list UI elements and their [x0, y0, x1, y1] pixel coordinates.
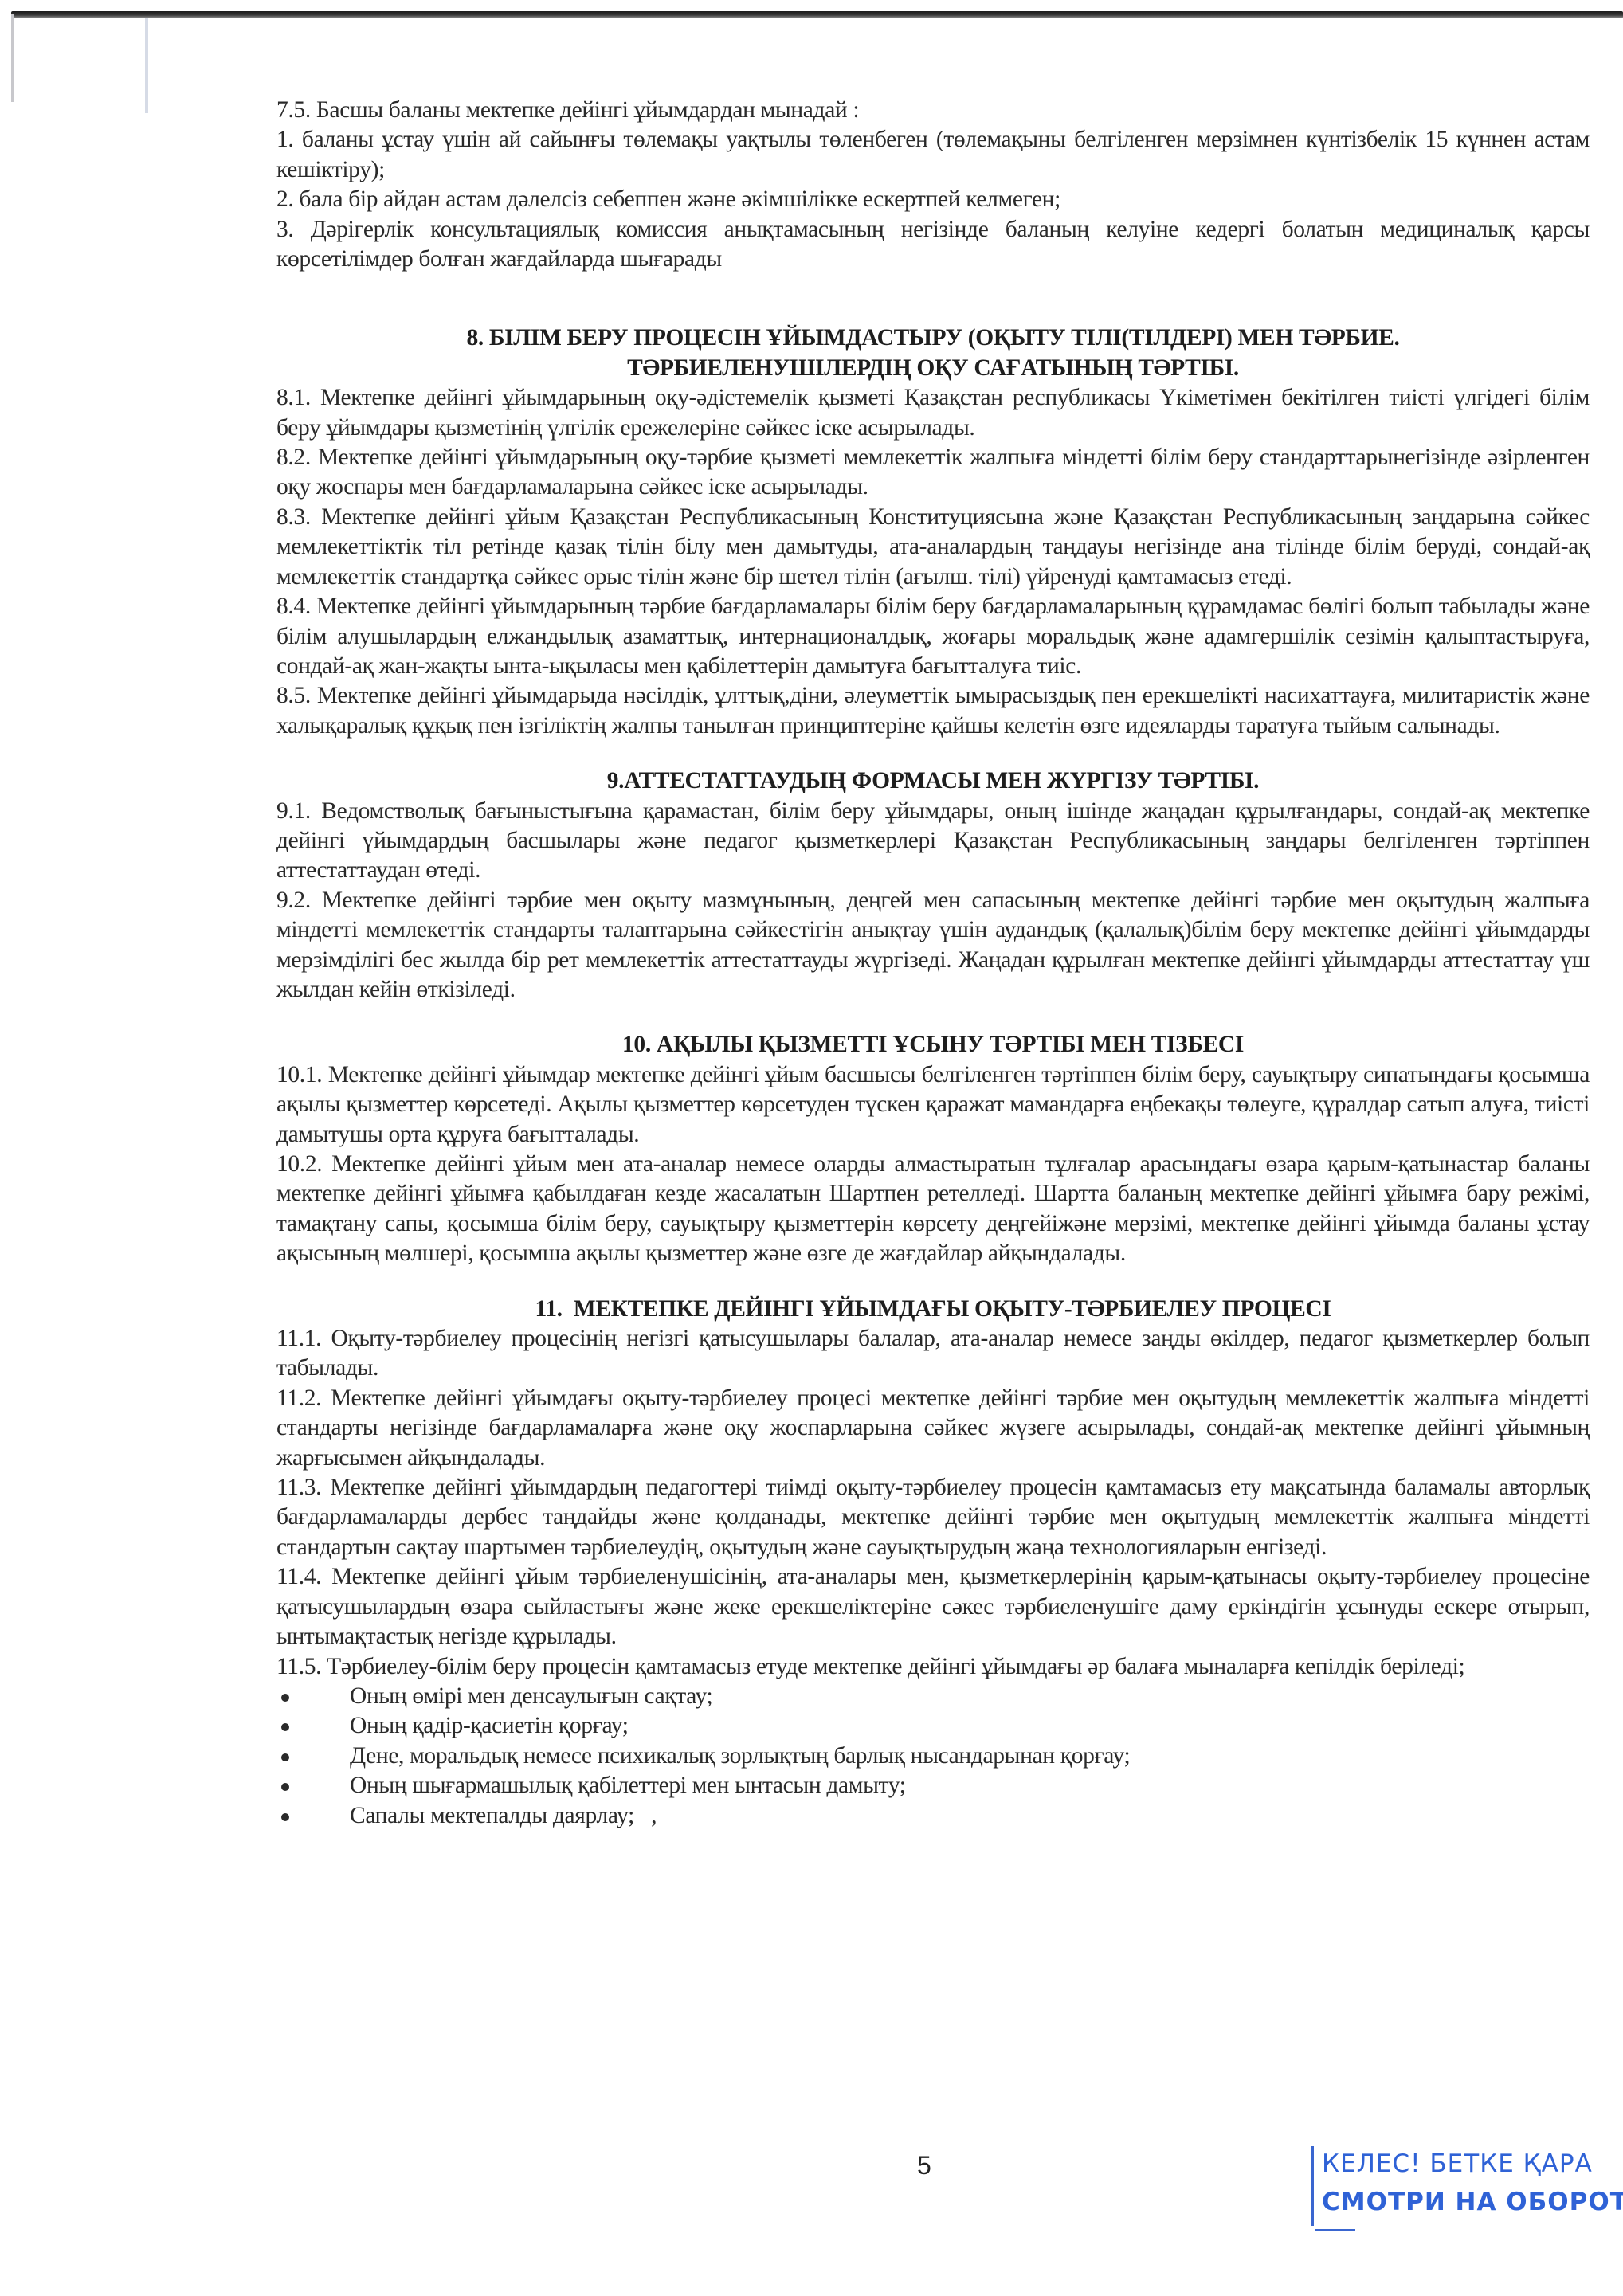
page-number: 5 — [917, 2151, 931, 2180]
paragraph-9-1: 9.1. Ведомстволық бағыныстығына қарамаст… — [276, 797, 1590, 886]
scan-left-edge — [11, 14, 14, 102]
section-10-title: 10. АҚЫЛЫ ҚЫЗМЕТТІ ҰСЫНУ ТӘРТІБІ МЕН ТІЗ… — [276, 1030, 1590, 1060]
paragraph-11-3: 11.3. Мектепке дейінгі ұйымдардың педаго… — [276, 1473, 1590, 1562]
section-8-title-line-2: ТӘРБИЕЛЕНУШІЛЕРДІҢ ОҚУ САҒАТЫНЫҢ ТӘРТІБІ… — [276, 354, 1590, 383]
list-item: Оның қадір-қасиетін қорғау; — [276, 1711, 1590, 1741]
section-9-title: 9.АТТЕСТАТТАУДЫҢ ФОРМАСЫ МЕН ЖҮРГІЗУ ТӘР… — [276, 766, 1590, 796]
guarantees-list: Оның өмірі мен денсаулығын сақтау; Оның … — [276, 1682, 1590, 1831]
section-7-5-item-1: 1. баланы ұстау үшін ай сайынғы төлемақы… — [276, 125, 1590, 185]
stamp-line-kazakh: КЕЛЕС! БЕТКЕ ҚАРА — [1322, 2143, 1593, 2184]
list-item: Сапалы мектепалды даярлау; , — [276, 1801, 1590, 1831]
paragraph-10-1: 10.1. Мектепке дейінгі ұйымдар мектепке … — [276, 1060, 1590, 1150]
paragraph-8-4: 8.4. Мектепке дейінгі ұйымдарының тәрбие… — [276, 592, 1590, 681]
section-11-title: 11. МЕКТЕПКЕ ДЕЙІНГІ ҰЙЫМДАҒЫ ОҚЫТУ-ТӘРБ… — [276, 1295, 1590, 1324]
paragraph-11-5: 11.5. Тәрбиелеу-білім беру процесін қамт… — [276, 1652, 1590, 1682]
paragraph-11-2: 11.2. Мектепке дейінгі ұйымдағы оқыту-тә… — [276, 1384, 1590, 1473]
stamp-underline — [1315, 2229, 1355, 2231]
section-7-5-intro: 7.5. Басшы баланы мектепке дейінгі ұйымд… — [276, 96, 1590, 125]
stamp-border — [1311, 2146, 1314, 2226]
list-item: Оның шығармашылық қабілеттері мен ынтасы… — [276, 1771, 1590, 1800]
paragraph-11-4: 11.4. Мектепке дейінгі ұйым тәрбиеленуші… — [276, 1562, 1590, 1651]
scan-fold-line — [145, 18, 148, 113]
section-8-title-line-1: 8. БІЛІМ БЕРУ ПРОЦЕСІН ҰЙЫМДАСТЫРУ (ОҚЫТ… — [276, 323, 1590, 353]
paragraph-8-3: 8.3. Мектепке дейінгі ұйым Қазақстан Рес… — [276, 503, 1590, 592]
paragraph-8-1: 8.1. Мектепке дейінгі ұйымдарының оқу-әд… — [276, 383, 1590, 443]
list-item: Дене, моральдық немесе психикалық зорлық… — [276, 1742, 1590, 1771]
stamp-line-russian: СМОТРИ НА ОБОРОТЕ, — [1322, 2181, 1623, 2223]
section-7-5-item-2: 2. бала бір айдан астам дәлелсіз себеппе… — [276, 185, 1590, 214]
paragraph-8-2: 8.2. Мектепке дейінгі ұйымдарының оқу-тә… — [276, 443, 1590, 503]
list-item: Оның өмірі мен денсаулығын сақтау; — [276, 1682, 1590, 1711]
paragraph-10-2: 10.2. Мектепке дейінгі ұйым мен ата-анал… — [276, 1150, 1590, 1269]
overleaf-stamp: КЕЛЕС! БЕТКЕ ҚАРА СМОТРИ НА ОБОРОТЕ, — [1311, 2143, 1550, 2237]
paragraph-9-2: 9.2. Мектепке дейінгі тәрбие мен оқыту м… — [276, 886, 1590, 1005]
paragraph-11-1: 11.1. Оқыту-тәрбиелеу процесінің негізгі… — [276, 1324, 1590, 1384]
paragraph-8-5: 8.5. Мектепке дейінгі ұйымдарыда нәсілді… — [276, 681, 1590, 741]
document-page: 7.5. Басшы баланы мектепке дейінгі ұйымд… — [276, 96, 1590, 1831]
section-7-5-item-3: 3. Дәрігерлік консультациялық комиссия а… — [276, 215, 1590, 275]
scan-top-edge — [11, 11, 1623, 18]
